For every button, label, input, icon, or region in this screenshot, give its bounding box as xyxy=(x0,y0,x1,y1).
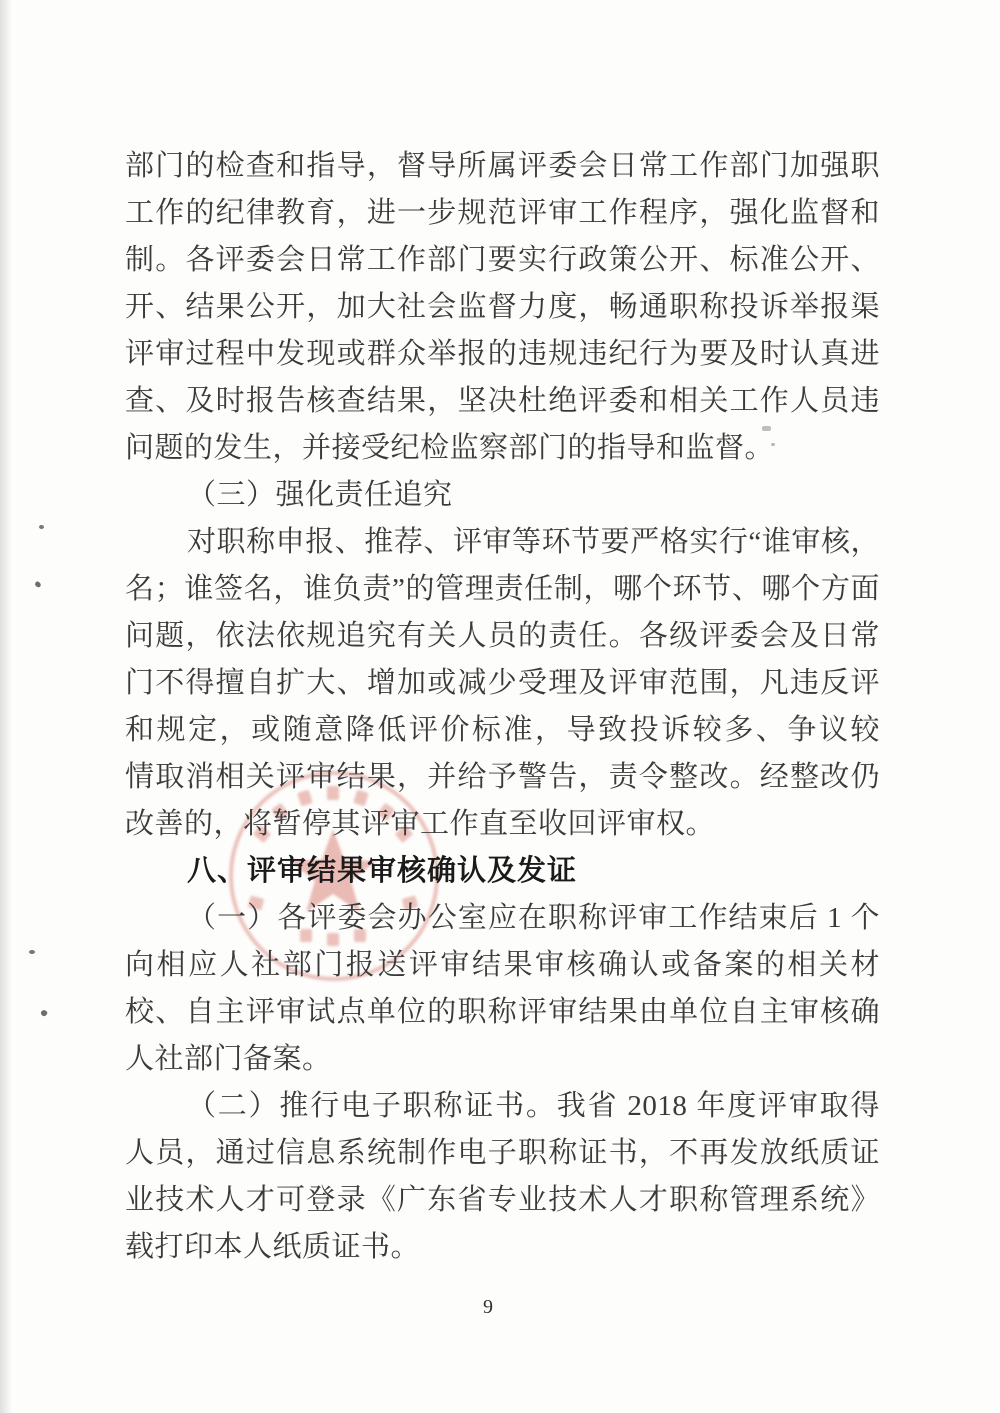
text-line-23: 业技术人才可登录《广东省专业技术人才职称管理系统》自行下 xyxy=(125,1177,880,1224)
text-line-24: 载打印本人纸质证书。 xyxy=(125,1224,880,1271)
text-line-6: 查、及时报告核查结果，坚决杜绝评委和相关工作人员违纪违法 xyxy=(125,378,880,425)
page-number: 9 xyxy=(0,1296,976,1319)
text-line-17: （一）各评委会办公室应在职称评审工作结束后 1 个月内， xyxy=(125,895,880,942)
text-line-7: 问题的发生，并接受纪检监察部门的指导和监督。 xyxy=(125,425,880,472)
text-line-10: 名；谁签名，谁负责”的管理责任制，哪个环节、哪个方面出现 xyxy=(125,566,880,613)
text-line-18: 向相应人社部门报送评审结果审核确认或备案的相关材料。高 xyxy=(125,942,880,989)
subsection-heading-3: （三）强化责任追究 xyxy=(125,472,880,519)
text-line-13: 和规定，或随意降低评价标准，导致投诉较多、争议较大，将视 xyxy=(125,707,880,754)
text-line-5: 评审过程中发现或群众举报的违规违纪行为要及时认真进行核 xyxy=(125,331,880,378)
text-line-12: 门不得擅自扩大、增加或减少受理及评审范围，凡违反评审程序 xyxy=(125,660,880,707)
text-line-1: 部门的检查和指导，督导所属评委会日常工作部门加强职称评审 xyxy=(125,143,880,190)
scan-speck xyxy=(771,443,775,446)
text-line-11: 问题，依法依规追究有关人员的责任。各级评委会及日常工作部 xyxy=(125,613,880,660)
document-text: 部门的检查和指导，督导所属评委会日常工作部门加强职称评审 工作的纪律教育，进一步… xyxy=(125,143,880,1271)
text-line-22: 人员，通过信息系统制作电子职称证书，不再发放纸质证书。专 xyxy=(125,1130,880,1177)
scan-speck xyxy=(39,525,44,529)
text-line-3: 制。各评委会日常工作部门要实行政策公开、标准公开、程序公 xyxy=(125,237,880,284)
text-line-9: 对职称申报、推荐、评审等环节要严格实行“谁审核，谁签 xyxy=(125,519,880,566)
section-heading-8: 八、评审结果审核确认及发证 xyxy=(125,848,880,895)
scan-speck xyxy=(40,1009,48,1017)
scan-edge-shadow xyxy=(0,0,12,1413)
text-line-21: （二）推行电子职称证书。我省 2018 年度评审取得职称的 xyxy=(125,1083,880,1130)
text-line-4: 开、结果公开，加大社会监督力度，畅通职称投诉举报渠道，对 xyxy=(125,284,880,331)
text-line-2: 工作的纪律教育，进一步规范评审工作程序，强化监督和制约机 xyxy=(125,190,880,237)
text-line-19: 校、自主评审试点单位的职称评审结果由单位自主审核确认，报 xyxy=(125,989,880,1036)
scan-speck xyxy=(34,581,42,589)
text-line-15: 改善的，将暂停其评审工作直至收回评审权。 xyxy=(125,801,880,848)
scan-speck xyxy=(762,426,771,431)
text-line-20: 人社部门备案。 xyxy=(125,1036,880,1083)
text-line-14: 情取消相关评审结果，并给予警告，责令整改。经整改仍无明显 xyxy=(125,754,880,801)
scan-speck xyxy=(29,950,35,954)
document-page: 部门的检查和指导，督导所属评委会日常工作部门加强职称评审 工作的纪律教育，进一步… xyxy=(0,0,1000,1413)
